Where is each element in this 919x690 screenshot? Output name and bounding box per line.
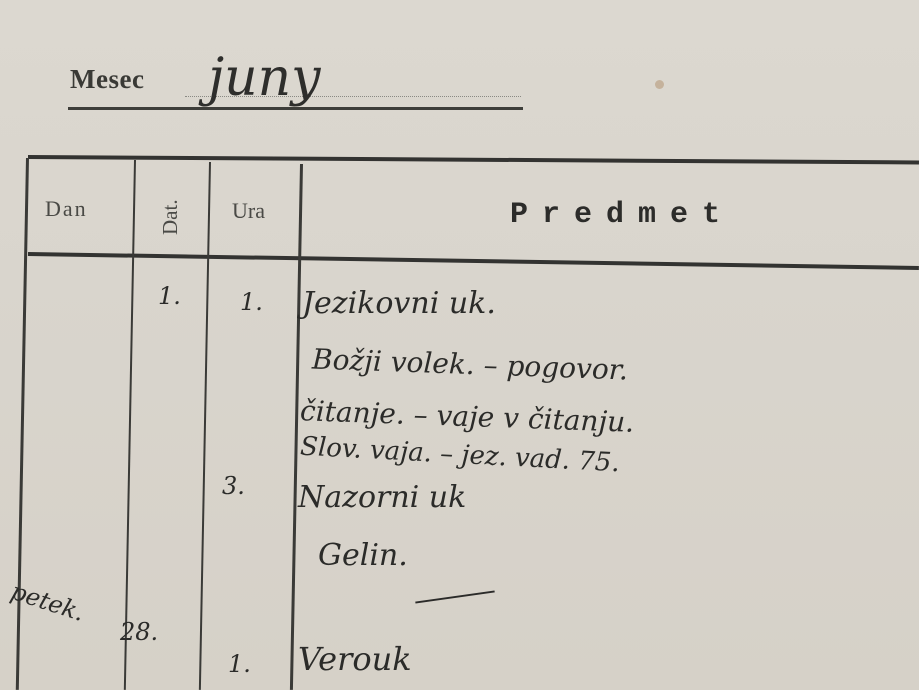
table-top-border (28, 155, 919, 164)
col-divider-dat-ura (199, 162, 211, 690)
row2-subject-line1: Nazorni uk (298, 480, 466, 515)
column-header-predmet: Predmet (510, 198, 734, 232)
header-bottom-border (28, 252, 919, 270)
paper-stain (655, 80, 664, 89)
row1-subject-line1: Jezikovni uk. (302, 286, 496, 321)
end-of-entry-dash (415, 590, 494, 603)
month-label: Mesec (70, 64, 144, 95)
row3-subject-line1: Verouk (298, 640, 412, 678)
column-header-dan: Dan (45, 196, 88, 222)
column-header-dat: Dat. (158, 199, 183, 235)
ledger-page: Mesec juny Dan Dat. Ura Predmet 1. 1. Je… (0, 0, 919, 690)
row1-subject-line4: Slov. vaja. – jez. vad. 75. (299, 432, 620, 479)
row1-subject-line3: čitanje. – vaje v čitanju. (300, 394, 635, 439)
row3-dat: 28. (120, 618, 158, 646)
month-underline (68, 107, 523, 110)
row3-ura: 1. (228, 650, 251, 678)
row1-dat: 1. (158, 282, 181, 310)
row2-subject-line2: Gelin. (318, 538, 408, 573)
row1-ura: 1. (240, 288, 263, 316)
row1-subject-line2: Božji volek. – pogovor. (312, 342, 629, 386)
col-divider-dan-dat (124, 160, 136, 690)
row2-ura: 3. (222, 472, 245, 500)
column-header-ura: Ura (232, 198, 265, 224)
month-value: juny (208, 48, 320, 108)
